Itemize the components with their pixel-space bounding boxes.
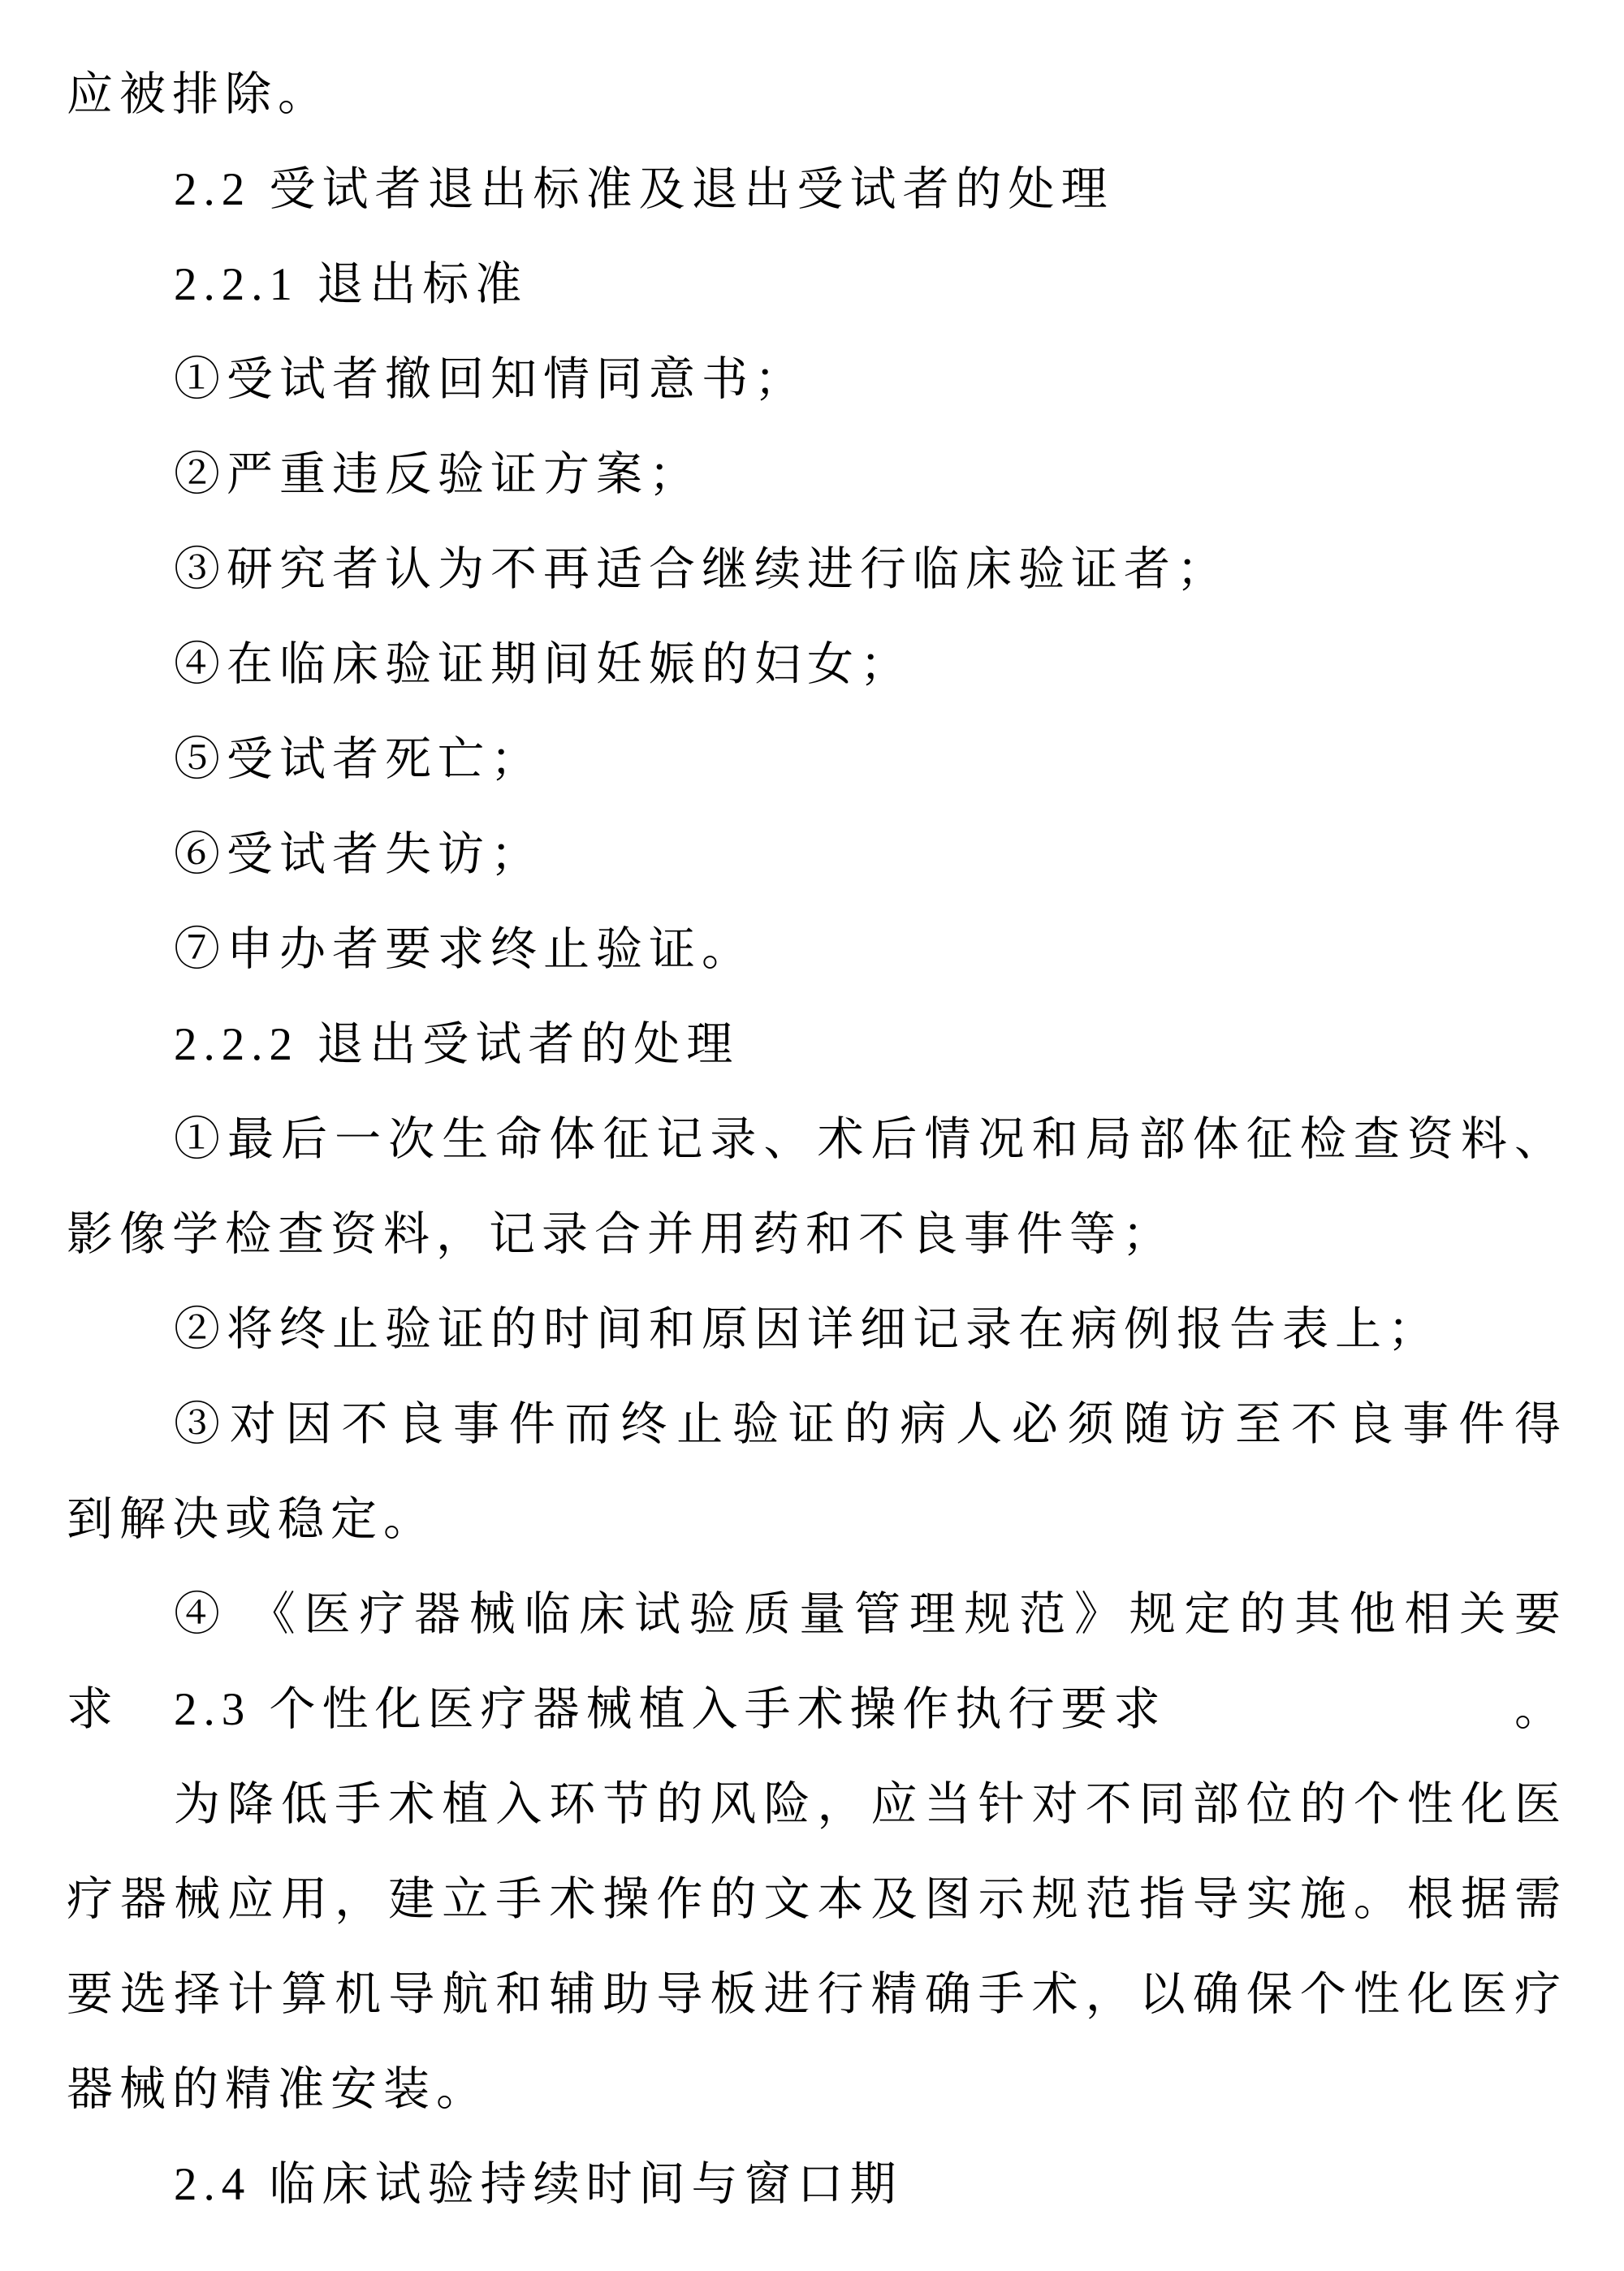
list-item: ③研究者认为不再适合继续进行临床验证者； [67,522,1567,617]
list-item: ⑥受试者失访； [67,807,1567,902]
text-line: 要选择计算机导航和辅助导板进行精确手术，以确保个性化医疗 [67,1947,1567,2042]
list-item: ⑦申办者要求终止验证。 [67,902,1567,997]
text-line: 应被排除。 [67,47,1567,142]
text-line: 为降低手术植入环节的风险，应当针对不同部位的个性化医 [67,1757,1567,1852]
heading-2-4: 2.4 临床试验持续时间与窗口期 [67,2137,1567,2232]
list-item: ②严重违反验证方案； [67,427,1567,522]
list-item: ②将终止验证的时间和原因详细记录在病例报告表上； [67,1282,1567,1377]
list-item: ④ 《医疗器械临床试验质量管理规范》规定的其他相关要求。 [67,1567,1567,1662]
text-line: 影像学检查资料，记录合并用药和不良事件等； [67,1187,1567,1282]
heading-2-2-2: 2.2.2 退出受试者的处理 [67,997,1567,1092]
document-body: 应被排除。 2.2 受试者退出标准及退出受试者的处理 2.2.1 退出标准 ①受… [67,47,1567,2232]
list-item: ③对因不良事件而终止验证的病人必须随访至不良事件得 [67,1377,1567,1472]
list-item: ①受试者撤回知情同意书； [67,332,1567,427]
list-item: ①最后一次生命体征记录、术后情况和局部体征检查资料、 [67,1092,1567,1187]
list-item: ⑤受试者死亡； [67,712,1567,807]
heading-2-2-1: 2.2.1 退出标准 [67,237,1567,332]
list-item: ④在临床验证期间妊娠的妇女； [67,617,1567,712]
text-line: 到解决或稳定。 [67,1472,1567,1567]
text-line: 疗器械应用，建立手术操作的文本及图示规范指导实施。根据需 [67,1852,1567,1947]
text-line: 器械的精准安装。 [67,2042,1567,2137]
document-page: 应被排除。 2.2 受试者退出标准及退出受试者的处理 2.2.1 退出标准 ①受… [0,0,1624,2271]
heading-2-2: 2.2 受试者退出标准及退出受试者的处理 [67,142,1567,237]
